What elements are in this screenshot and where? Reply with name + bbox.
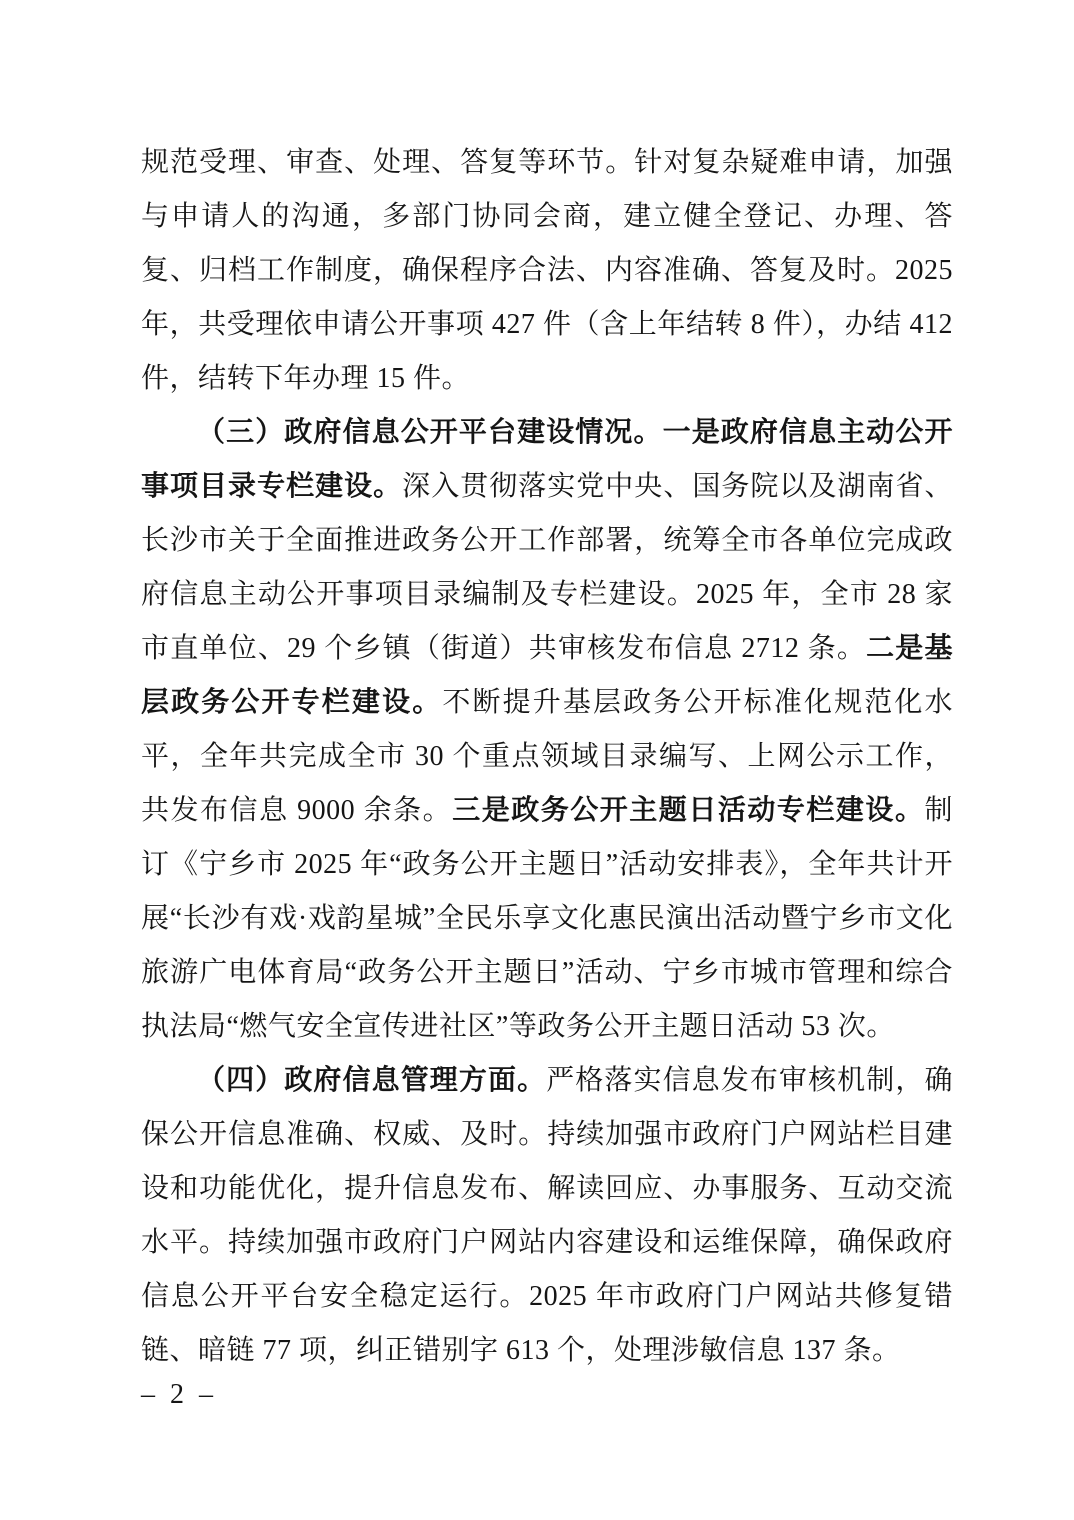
paragraph-3: （四）政府信息管理方面。严格落实信息发布审核机制，确保公开信息准确、权威、及时。… — [141, 1054, 953, 1378]
text-run: 严格落实信息发布审核机制，确保公开信息准确、权威、及时。持续加强市政府门户网站栏… — [141, 1065, 953, 1366]
paragraph-1: 规范受理、审查、处理、答复等环节。针对复杂疑难申请，加强与申请人的沟通，多部门协… — [141, 136, 953, 406]
document-body: 规范受理、审查、处理、答复等环节。针对复杂疑难申请，加强与申请人的沟通，多部门协… — [141, 136, 953, 1378]
paragraph-2: （三）政府信息公开平台建设情况。一是政府信息主动公开事项目录专栏建设。深入贯彻落… — [141, 406, 953, 1054]
document-page: 规范受理、审查、处理、答复等环节。针对复杂疑难申请，加强与申请人的沟通，多部门协… — [0, 0, 1074, 1520]
heading-run: 三是政务公开主题日活动专栏建设。 — [452, 795, 924, 826]
page-number: – 2 – — [141, 1378, 217, 1412]
text-run: 制订《宁乡市 2025 年“政务公开主题日”活动安排表》，全年共计开展“长沙有戏… — [141, 795, 953, 1042]
text-run: 规范受理、审查、处理、答复等环节。针对复杂疑难申请，加强与申请人的沟通，多部门协… — [141, 147, 953, 394]
heading-run: （四）政府信息管理方面。 — [197, 1065, 546, 1096]
